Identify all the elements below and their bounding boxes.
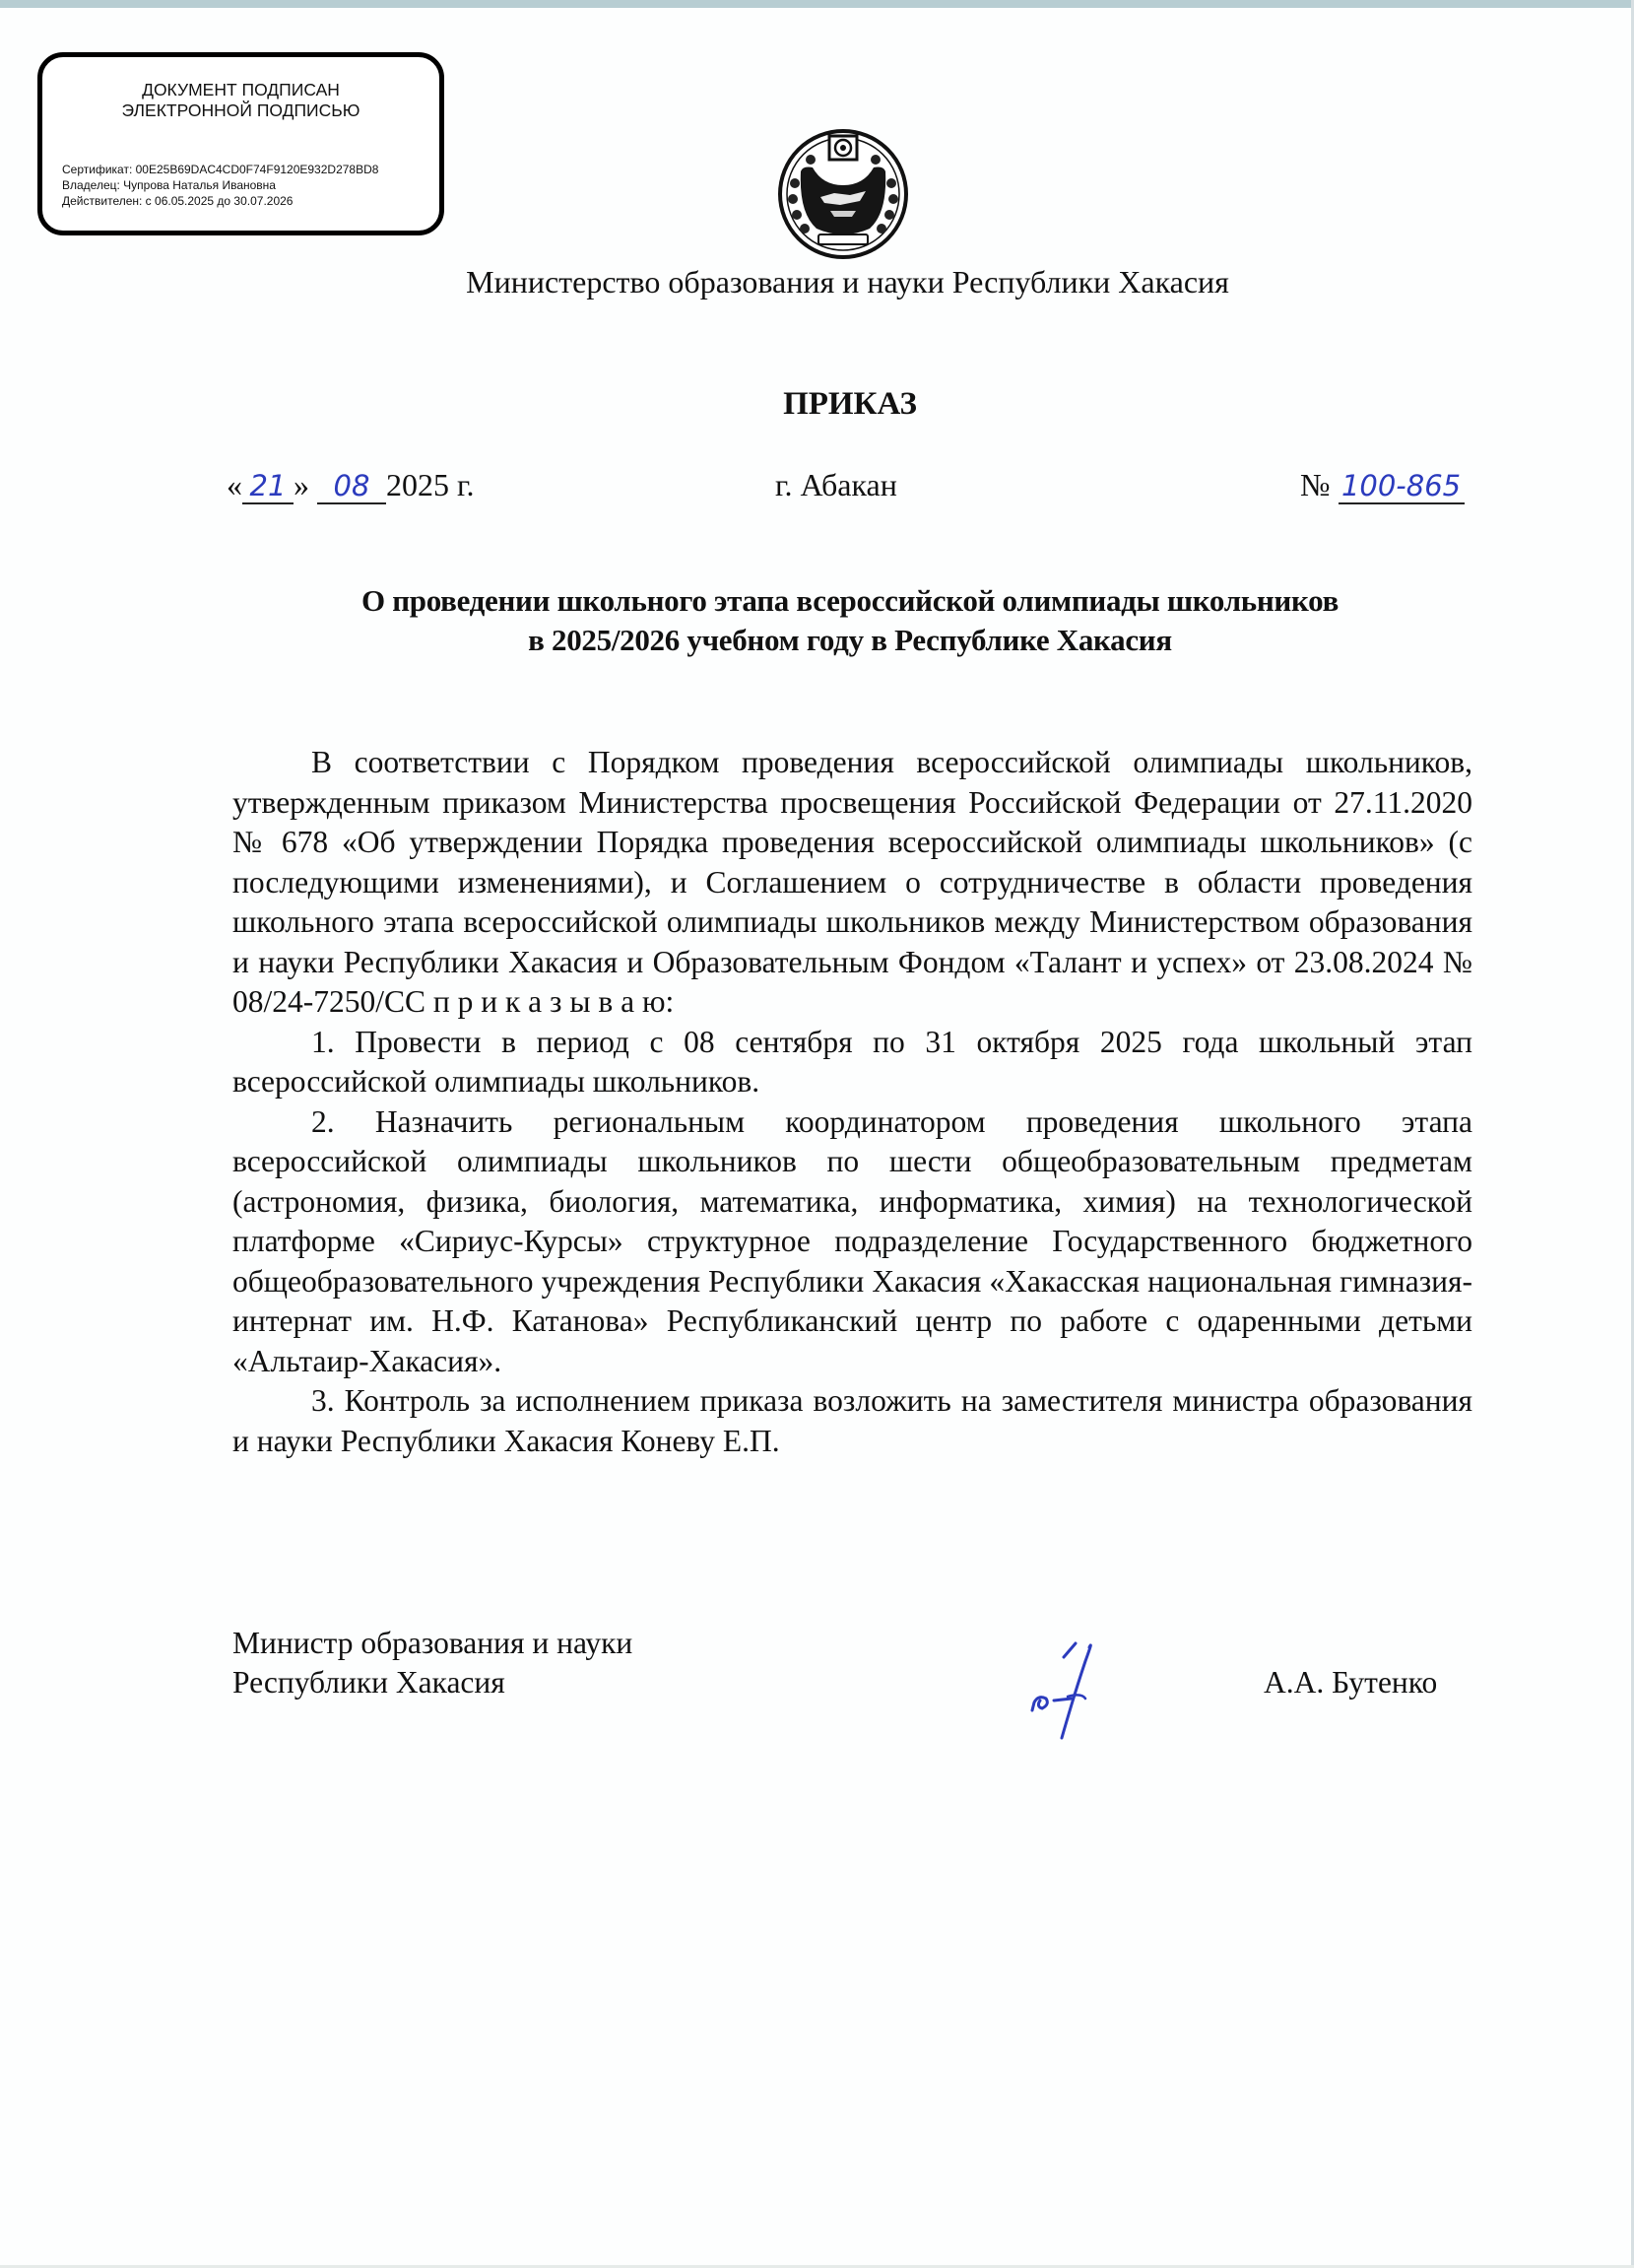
stamp-title-line2: ЭЛЕКТРОННОЙ ПОДПИСЬЮ: [42, 100, 439, 121]
position-line2: Республики Хакасия: [232, 1663, 632, 1702]
preamble-paragraph: В соответствии с Порядком проведения все…: [232, 743, 1472, 1023]
order-date: «21» 082025 г.: [227, 465, 475, 504]
order-item-2: 2. Назначить региональным координатором …: [232, 1102, 1472, 1382]
electronic-signature-stamp: ДОКУМЕНТ ПОДПИСАН ЭЛЕКТРОННОЙ ПОДПИСЬЮ С…: [37, 52, 444, 235]
order-item-3: 3. Контроль за исполнением приказа возло…: [232, 1381, 1472, 1461]
stamp-owner: Владелец: Чупрова Наталья Ивановна: [62, 177, 378, 193]
handwritten-order-number: 100-865: [1339, 469, 1465, 504]
document-type-title: ПРИКАЗ: [0, 386, 1634, 423]
order-number: № 100-865: [1300, 465, 1465, 504]
order-item-1: 1. Провести в период с 08 сентября по 31…: [232, 1023, 1472, 1102]
stamp-title-line1: ДОКУМЕНТ ПОДПИСАН: [42, 80, 439, 100]
stamp-title: ДОКУМЕНТ ПОДПИСАН ЭЛЕКТРОННОЙ ПОДПИСЬЮ: [42, 80, 439, 121]
signatory-position: Министр образования и науки Республики Х…: [232, 1624, 632, 1702]
number-sign: №: [1300, 467, 1331, 502]
subject-line2: в 2025/2026 учебном году в Республике Ха…: [0, 621, 1634, 660]
order-body: В соответствии с Порядком проведения все…: [232, 743, 1472, 1461]
stamp-details: Сертификат: 00E25B69DAC4CD0F74F9120E932D…: [62, 162, 378, 209]
signatory-name: А.А. Бутенко: [1264, 1663, 1437, 1702]
scan-top-edge: [0, 0, 1634, 8]
position-line1: Министр образования и науки: [232, 1624, 632, 1663]
date-open-quote: «: [227, 467, 242, 502]
subject-line1: О проведении школьного этапа всероссийск…: [0, 581, 1634, 621]
coat-of-arms-icon: [775, 126, 911, 262]
date-year: 2025 г.: [386, 467, 475, 502]
ministry-name: Министерство образования и науки Республ…: [0, 264, 1634, 300]
stamp-certificate: Сертификат: 00E25B69DAC4CD0F74F9120E932D…: [62, 162, 378, 177]
handwritten-month: 08: [317, 469, 386, 504]
order-subject: О проведении школьного этапа всероссийск…: [0, 581, 1634, 660]
issue-city: г. Абакан: [775, 465, 897, 504]
date-close-quote: »: [294, 467, 309, 502]
handwritten-day: 21: [242, 469, 294, 504]
stamp-validity: Действителен: с 06.05.2025 до 30.07.2026: [62, 193, 378, 209]
handwritten-signature-icon: [1024, 1635, 1202, 1754]
